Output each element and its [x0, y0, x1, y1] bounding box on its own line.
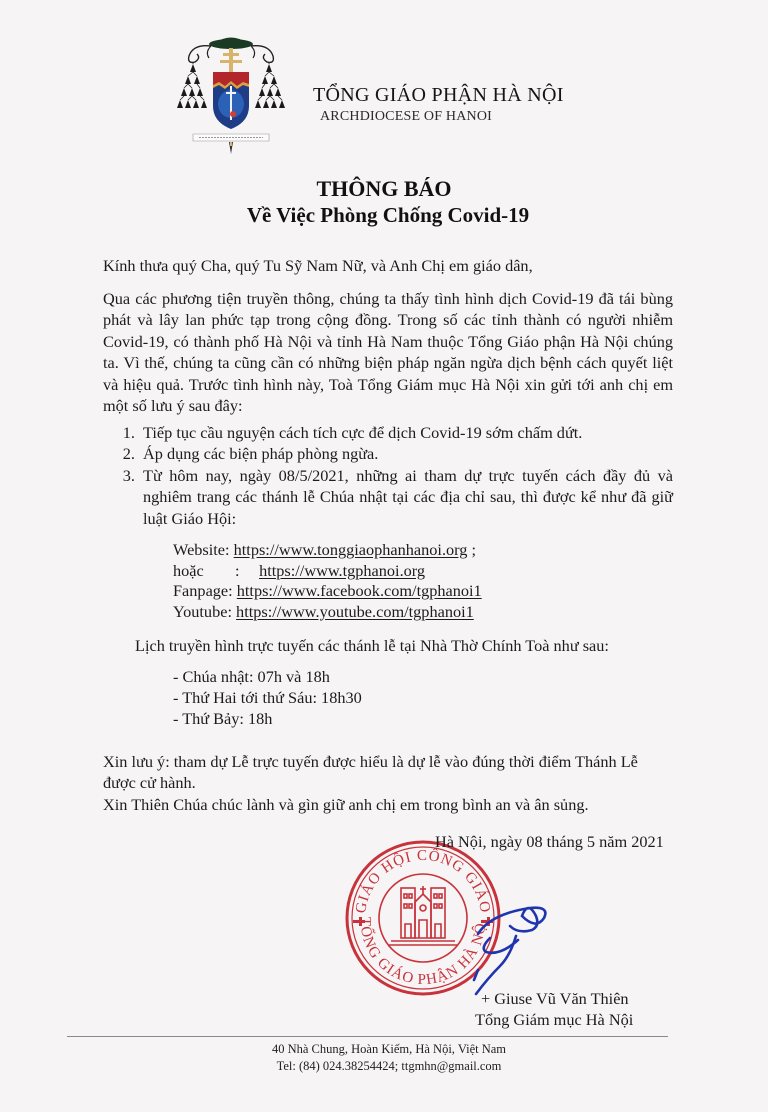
youtube-row: Youtube: https://www.youtube.com/tgphano… [173, 602, 673, 623]
organization-name: TỔNG GIÁO PHẬN HÀ NỘI [313, 84, 564, 107]
note-item: Áp dụng các biện pháp phòng ngừa. [139, 443, 673, 465]
document-page: TỔNG GIÁO PHẬN HÀ NỘI ARCHDIOCESE OF HAN… [0, 0, 768, 1112]
intro-paragraph: Qua các phương tiện truyền thông, chúng … [103, 288, 673, 417]
footer-divider [67, 1036, 668, 1037]
website-row: Website: https://www.tonggiaophanhanoi.o… [173, 540, 673, 561]
signer-block: + Giuse Vũ Văn Thiên Tổng Giám mục Hà Nộ… [475, 988, 633, 1030]
alt-colon: : [235, 561, 255, 582]
alt-label: hoặc [173, 561, 235, 582]
schedule-item: - Thứ Hai tới thứ Sáu: 18h30 [173, 687, 673, 708]
schedule-item: - Chúa nhật: 07h và 18h [173, 666, 673, 687]
letter-body: Kính thưa quý Cha, quý Tu Sỹ Nam Nữ, và … [103, 255, 673, 815]
website-label: Website: [173, 540, 230, 559]
date-line: Hà Nội, ngày 08 tháng 5 năm 2021 [435, 832, 664, 852]
footer: 40 Nhà Chung, Hoàn Kiếm, Hà Nội, Việt Na… [0, 1041, 768, 1075]
website-link[interactable]: https://www.tonggiaophanhanoi.org [234, 540, 468, 559]
greeting: Kính thưa quý Cha, quý Tu Sỹ Nam Nữ, và … [103, 255, 673, 277]
notice-heading: THÔNG BÁO Về Việc Phòng Chống Covid-19 [0, 176, 768, 228]
notice-subtitle: Về Việc Phòng Chống Covid-19 [0, 202, 768, 228]
signature-icon [470, 886, 580, 996]
note-item: Tiếp tục cầu nguyện cách tích cực để dịc… [139, 422, 673, 444]
note-item: Từ hôm nay, ngày 08/5/2021, những ai tha… [139, 465, 673, 530]
signer-title: Tổng Giám mục Hà Nội [475, 1009, 633, 1030]
letterhead-organization: TỔNG GIÁO PHẬN HÀ NỘI ARCHDIOCESE OF HAN… [313, 84, 564, 125]
fanpage-row: Fanpage: https://www.facebook.com/tgphan… [173, 581, 673, 602]
signer-name: + Giuse Vũ Văn Thiên [475, 988, 633, 1009]
youtube-label: Youtube: [173, 602, 232, 621]
schedule-intro: Lịch truyền hình trực tuyến các thánh lễ… [135, 635, 673, 657]
closing: Xin lưu ý: tham dự Lễ trực tuyến được hi… [103, 751, 673, 816]
organization-name-english: ARCHDIOCESE OF HANOI [313, 109, 564, 125]
archdiocese-coat-of-arms-icon [175, 34, 287, 159]
website-suffix: ; [467, 540, 476, 559]
footer-contact: Tel: (84) 024.38254424; ttgmhn@gmail.com [10, 1058, 768, 1075]
closing-note: Xin lưu ý: tham dự Lễ trực tuyến được hi… [103, 751, 673, 794]
notice-title: THÔNG BÁO [0, 176, 768, 202]
online-links: Website: https://www.tonggiaophanhanoi.o… [173, 540, 673, 622]
mass-schedule: - Chúa nhật: 07h và 18h - Thứ Hai tới th… [173, 666, 673, 729]
alt-website-link[interactable]: https://www.tgphanoi.org [259, 561, 425, 580]
youtube-link[interactable]: https://www.youtube.com/tgphanoi1 [236, 602, 474, 621]
alt-website-row: hoặc: https://www.tgphanoi.org [173, 561, 673, 582]
closing-blessing: Xin Thiên Chúa chúc lành và gìn giữ anh … [103, 794, 673, 816]
schedule-item: - Thứ Bảy: 18h [173, 708, 673, 729]
fanpage-label: Fanpage: [173, 581, 233, 600]
notes-list: Tiếp tục cầu nguyện cách tích cực để dịc… [103, 422, 673, 530]
footer-address: 40 Nhà Chung, Hoàn Kiếm, Hà Nội, Việt Na… [10, 1041, 768, 1058]
fanpage-link[interactable]: https://www.facebook.com/tgphanoi1 [237, 581, 482, 600]
